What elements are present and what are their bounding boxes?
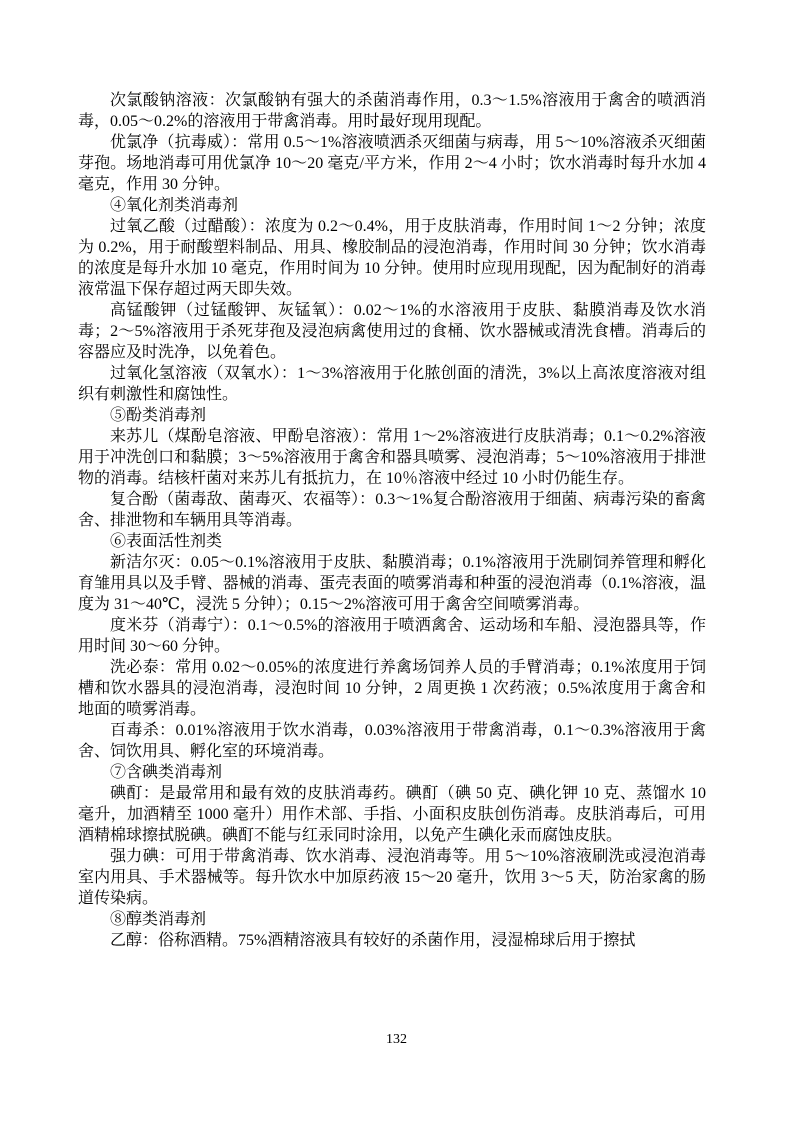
section-heading: ④氧化剂类消毒剂 — [78, 195, 706, 216]
body-paragraph: 乙醇：俗称酒精。75%酒精溶液具有较好的杀菌作用，浸湿棉球后用于擦拭 — [78, 930, 706, 951]
body-paragraph: 过氧化氢溶液（双氧水）：1～3%溶液用于化脓创面的清洗，3%以上高浓度溶液对组织… — [78, 363, 706, 405]
body-paragraph: 优氯净（抗毒威）：常用 0.5～1%溶液喷洒杀灭细菌与病毒，用 5～10%溶液杀… — [78, 132, 706, 195]
body-paragraph: 度米芬（消毒宁）：0.1～0.5%的溶液用于喷洒禽舍、运动场和车船、浸泡器具等，… — [78, 615, 706, 657]
section-heading: ⑥表面活性剂类 — [78, 531, 706, 552]
body-paragraph: 洗必泰：常用 0.02～0.05%的浓度进行养禽场饲养人员的手臂消毒；0.1%浓… — [78, 657, 706, 720]
body-paragraph: 过氧乙酸（过醋酸）：浓度为 0.2～0.4%，用于皮肤消毒，作用时间 1～2 分… — [78, 216, 706, 300]
body-paragraph: 新洁尔灭：0.05～0.1%溶液用于皮肤、黏膜消毒；0.1%溶液用于洗刷饲养管理… — [78, 552, 706, 615]
section-heading: ⑦含碘类消毒剂 — [78, 762, 706, 783]
body-paragraph: 碘酊：是最常用和最有效的皮肤消毒药。碘酊（碘 50 克、碘化钾 10 克、蒸馏水… — [78, 783, 706, 846]
body-paragraph: 高锰酸钾（过锰酸钾、灰锰氧）：0.02～1%的水溶液用于皮肤、黏膜消毒及饮水消毒… — [78, 300, 706, 363]
document-body: 次氯酸钠溶液：次氯酸钠有强大的杀菌消毒作用，0.3～1.5%溶液用于禽舍的喷洒消… — [78, 90, 706, 951]
document-page: 次氯酸钠溶液：次氯酸钠有强大的杀菌消毒作用，0.3～1.5%溶液用于禽舍的喷洒消… — [0, 0, 793, 1122]
body-paragraph: 复合酚（菌毒敌、菌毒灭、农福等）：0.3～1%复合酚溶液用于细菌、病毒污染的畜禽… — [78, 489, 706, 531]
body-paragraph: 次氯酸钠溶液：次氯酸钠有强大的杀菌消毒作用，0.3～1.5%溶液用于禽舍的喷洒消… — [78, 90, 706, 132]
section-heading: ⑤酚类消毒剂 — [78, 405, 706, 426]
body-paragraph: 来苏儿（煤酚皂溶液、甲酚皂溶液）：常用 1～2%溶液进行皮肤消毒；0.1～0.2… — [78, 426, 706, 489]
body-paragraph: 强力碘：可用于带禽消毒、饮水消毒、浸泡消毒等。用 5～10%溶液刷洗或浸泡消毒室… — [78, 846, 706, 909]
body-paragraph: 百毒杀：0.01%溶液用于饮水消毒，0.03%溶液用于带禽消毒，0.1～0.3%… — [78, 720, 706, 762]
section-heading: ⑧醇类消毒剂 — [78, 909, 706, 930]
page-number: 132 — [0, 1032, 793, 1048]
